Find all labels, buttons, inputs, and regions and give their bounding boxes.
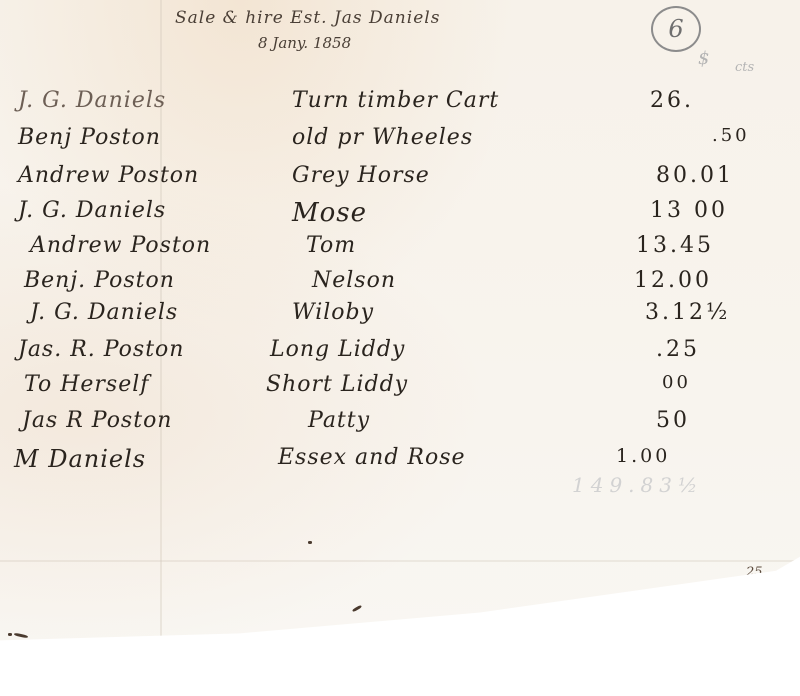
margin-addend-2: 50 [746, 579, 763, 594]
ledger-row: J. G. Daniels Turn timber Cart 26. [0, 88, 800, 124]
ink-speck [308, 541, 312, 544]
page-number-circle: 6 [651, 6, 701, 52]
item-description: Turn timber Cart [292, 88, 499, 113]
item-amount: 13 00 [650, 198, 728, 223]
item-amount: 13.45 [636, 233, 714, 258]
ledger-row: Andrew Poston Tom 13.45 [0, 233, 800, 269]
ledger-row: Jas. R. Poston Long Liddy .25 [0, 337, 800, 373]
buyer-name: M Daniels [14, 445, 146, 473]
ledger-row: Jas R Poston Patty 50 [0, 408, 800, 444]
pencil-total: 149.83½ [572, 473, 703, 497]
buyer-name: Andrew Poston [30, 233, 211, 258]
ledger-row: J. G. Daniels Wiloby 3.12½ [0, 300, 800, 336]
buyer-name: Benj. Poston [24, 268, 175, 293]
buyer-name: Benj Poston [18, 125, 161, 150]
dollars-column-header: $ [698, 48, 709, 69]
item-description: Essex and Rose [278, 445, 466, 470]
item-description: Grey Horse [292, 163, 430, 188]
margin-label: R [684, 583, 699, 607]
item-amount: 12.00 [634, 268, 712, 293]
item-description: Tom [306, 233, 356, 258]
item-amount: 1.00 [616, 445, 670, 467]
margin-sum-line [738, 597, 790, 598]
item-amount: 26. [650, 88, 694, 113]
item-amount: 50 [656, 408, 690, 433]
buyer-name: J. G. Daniels [18, 88, 166, 113]
item-description: Wiloby [292, 300, 374, 325]
ledger-row: Andrew Poston Grey Horse 80.01 [0, 163, 800, 199]
ink-speck [14, 633, 28, 639]
ledger-row: Benj Poston old pr Wheeles .50 [0, 125, 800, 161]
buyer-name: J. G. Daniels [30, 300, 178, 325]
buyer-name: Jas. R. Poston [18, 337, 184, 362]
ledger-row: J. G. Daniels Mose 13 00 [0, 198, 800, 234]
ink-speck [8, 633, 12, 636]
item-amount: .50 [712, 125, 750, 146]
paper-fold-horizontal [0, 560, 800, 562]
buyer-name: Jas R Poston [22, 408, 172, 433]
item-description: Nelson [312, 268, 396, 293]
item-description: Mose [292, 198, 367, 228]
document-title: Sale & hire Est. Jas Daniels [175, 8, 440, 28]
ledger-row: Benj. Poston Nelson 12.00 [0, 268, 800, 304]
margin-sum: 75 [744, 599, 761, 614]
item-amount: 80.01 [656, 163, 734, 188]
buyer-name: Andrew Poston [18, 163, 199, 188]
item-amount: .25 [656, 337, 700, 362]
item-description: old pr Wheeles [292, 125, 473, 150]
margin-addend-1: 25 [746, 565, 763, 580]
item-description: Patty [308, 408, 370, 433]
ledger-row: To Herself Short Liddy 00 [0, 372, 800, 408]
item-amount: 3.12½ [645, 300, 730, 325]
document-date: 8 Jany. 1858 [258, 34, 351, 52]
cents-column-header: cts [735, 60, 754, 75]
item-description: Long Liddy [270, 337, 405, 362]
buyer-name: To Herself [24, 372, 149, 397]
item-amount: 00 [662, 372, 691, 393]
item-description: Short Liddy [266, 372, 408, 397]
buyer-name: J. G. Daniels [18, 198, 166, 223]
ink-speck [352, 605, 362, 613]
document-page: Sale & hire Est. Jas Daniels 8 Jany. 185… [0, 0, 800, 696]
margin-calculation: R 25 50 75 [670, 565, 790, 645]
